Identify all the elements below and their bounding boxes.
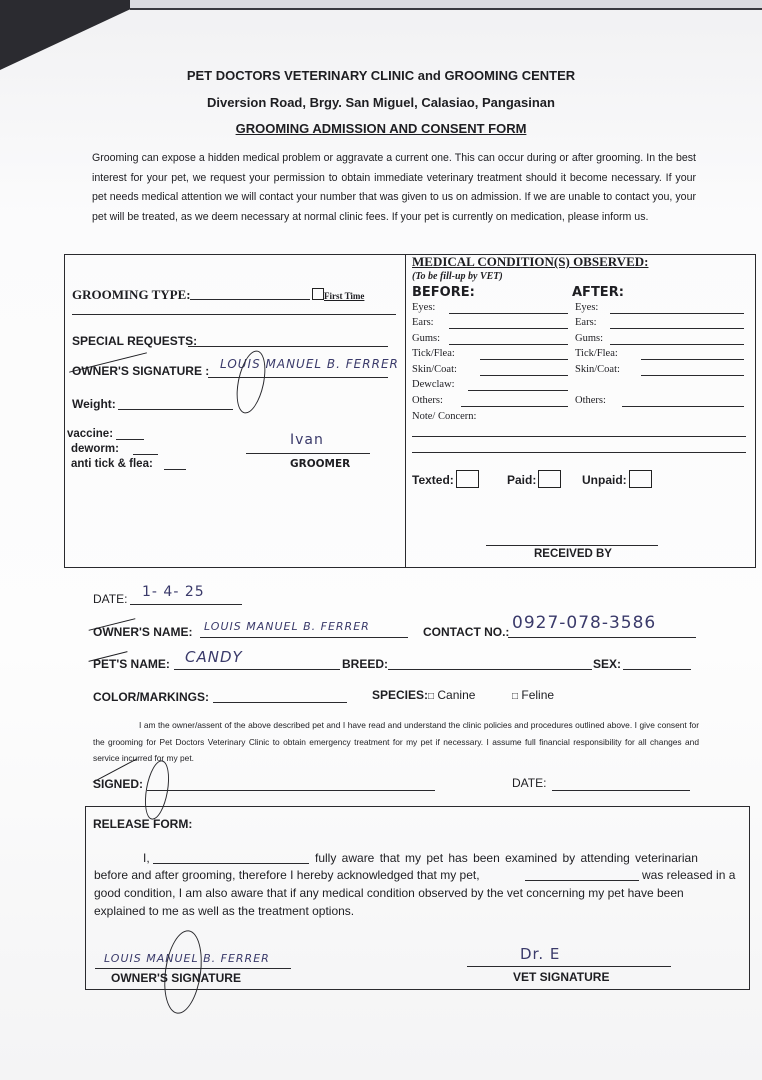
after-field-label: Gums: (575, 333, 603, 344)
first-time-label: First Time (324, 291, 364, 301)
sex-field[interactable] (623, 669, 691, 670)
deworm-label: deworm: (71, 443, 119, 455)
sex-label: SEX: (593, 657, 621, 671)
feline-label: Feline (521, 688, 554, 702)
note-line-2[interactable] (412, 452, 746, 453)
canine-label: Canine (437, 688, 475, 702)
release-line-2-end: was released in a (642, 868, 735, 882)
after-label: AFTER: (572, 285, 624, 300)
owner-name-label: OWNER'S NAME: (93, 625, 193, 639)
medical-title: MEDICAL CONDITION(S) OBSERVED: (412, 254, 648, 270)
received-by-line[interactable] (486, 545, 658, 546)
breed-field[interactable] (388, 669, 592, 670)
color-markings-label: COLOR/MARKINGS: (93, 690, 209, 704)
special-requests-field[interactable] (188, 346, 388, 347)
contact-label: CONTACT NO.: (423, 625, 509, 639)
special-requests-label: SPECIAL REQUESTS: (72, 334, 197, 348)
owner-signature-field[interactable] (208, 377, 388, 378)
release-name-field[interactable] (153, 863, 309, 864)
after-field-input[interactable] (610, 328, 744, 329)
deworm-field[interactable] (133, 454, 158, 455)
vaccine-field[interactable] (116, 439, 144, 440)
before-field-input[interactable] (480, 359, 568, 360)
texted-checkbox[interactable] (456, 470, 479, 488)
anti-tick-flea-field[interactable] (164, 469, 186, 470)
note-line-1[interactable] (412, 436, 746, 437)
consent-paragraph: I am the owner/assent of the above descr… (93, 717, 699, 767)
release-line-3: good condition, I am also aware that if … (94, 886, 684, 900)
form-title: GROOMING ADMISSION AND CONSENT FORM (0, 121, 762, 136)
after-field-label: Skin/Coat: (575, 364, 620, 375)
before-field-input[interactable] (461, 406, 568, 407)
signed-field[interactable] (147, 790, 435, 791)
vet-signature-label: VET SIGNATURE (513, 970, 609, 984)
vaccine-label: vaccine: (67, 428, 113, 440)
first-time-option[interactable]: First Time (312, 288, 364, 301)
received-by-label: RECEIVED BY (534, 548, 612, 560)
after-field-input[interactable] (610, 344, 744, 345)
grooming-type-label: GROOMING TYPE: (72, 287, 191, 303)
scan-corner-shadow (0, 0, 150, 70)
unpaid-label: Unpaid: (582, 473, 627, 487)
after-field-input[interactable] (641, 359, 744, 360)
after-field-input[interactable] (610, 313, 744, 314)
release-line-4: explained to me as well as the treatment… (94, 904, 354, 918)
clinic-name: PET DOCTORS VETERINARY CLINIC and GROOMI… (0, 68, 762, 83)
groomer-signature-line[interactable] (246, 453, 370, 454)
feline-checkbox[interactable]: □ (512, 691, 518, 702)
pet-name-field[interactable] (174, 669, 340, 670)
clinic-address: Diversion Road, Brgy. San Miguel, Calasi… (0, 95, 762, 110)
consent-date-label: DATE: (512, 776, 546, 790)
groomer-handwriting: Ivan (290, 432, 324, 448)
anti-tick-flea-label: anti tick & flea: (71, 458, 153, 470)
unpaid-checkbox[interactable] (629, 470, 652, 488)
texted-option[interactable]: Texted: (412, 470, 479, 488)
release-pet-field[interactable] (525, 880, 639, 881)
vet-signature-handwriting: Dr. E (520, 945, 560, 963)
before-field-input[interactable] (468, 390, 568, 391)
scanned-form-page: PET DOCTORS VETERINARY CLINIC and GROOMI… (0, 0, 762, 1080)
paid-checkbox[interactable] (538, 470, 561, 488)
before-field-input[interactable] (449, 313, 568, 314)
date-label: DATE: (93, 592, 127, 606)
canine-checkbox[interactable]: □ (428, 691, 434, 702)
species-label: SPECIES: (372, 688, 428, 702)
paid-option[interactable]: Paid: (507, 470, 561, 488)
before-field-label: Dewclaw: (412, 379, 455, 390)
species-canine-option[interactable]: □ Canine (428, 688, 475, 702)
grooming-type-field[interactable] (190, 299, 310, 300)
intro-paragraph: Grooming can expose a hidden medical pro… (92, 149, 696, 227)
consent-date-field[interactable] (552, 790, 690, 791)
date-field[interactable] (130, 604, 242, 605)
before-field-label: Skin/Coat: (412, 364, 457, 375)
note-concern-label: Note/ Concern: (412, 411, 476, 422)
before-field-label: Tick/Flea: (412, 348, 455, 359)
before-field-input[interactable] (449, 328, 568, 329)
after-field-label: Tick/Flea: (575, 348, 618, 359)
before-field-label: Ears: (412, 317, 434, 328)
owner-name-field[interactable] (200, 637, 408, 638)
release-line-2: before and after grooming, therefore I h… (94, 868, 480, 882)
before-label: BEFORE: (412, 285, 475, 300)
owner-name-handwriting: LOUIS MANUEL B. FERRER (204, 620, 370, 633)
grooming-type-extra-line[interactable] (72, 314, 396, 315)
after-field-input[interactable] (622, 406, 744, 407)
release-line-1: fully aware that my pet has been examine… (315, 851, 698, 865)
groomer-label: GROOMER (290, 458, 350, 470)
before-field-label: Eyes: (412, 302, 435, 313)
color-markings-field[interactable] (213, 702, 347, 703)
before-field-input[interactable] (480, 375, 568, 376)
after-field-input[interactable] (641, 375, 744, 376)
signed-label: SIGNED: (93, 777, 143, 791)
texted-label: Texted: (412, 473, 454, 487)
weight-label: Weight: (72, 397, 116, 411)
after-field-label: Others: (575, 395, 606, 406)
pet-name-label: PET'S NAME: (93, 657, 170, 671)
scan-top-edge (130, 0, 762, 10)
first-time-checkbox[interactable] (312, 288, 324, 300)
species-feline-option[interactable]: □ Feline (512, 688, 554, 702)
breed-label: BREED: (342, 657, 388, 671)
pet-name-handwriting: CANDY (185, 648, 243, 666)
weight-field[interactable] (118, 409, 233, 410)
after-field-label: Eyes: (575, 302, 598, 313)
before-field-label: Others: (412, 395, 443, 406)
before-field-input[interactable] (449, 344, 568, 345)
contact-handwriting: 0927-078-3586 (512, 613, 656, 633)
after-field-label: Ears: (575, 317, 597, 328)
unpaid-option[interactable]: Unpaid: (582, 470, 652, 488)
date-handwriting: 1- 4- 25 (142, 584, 205, 600)
before-field-label: Gums: (412, 333, 440, 344)
release-i: I, (143, 851, 150, 865)
release-title: RELEASE FORM: (93, 817, 192, 831)
paid-label: Paid: (507, 473, 536, 487)
owner-signature-release-label: OWNER'S SIGNATURE (111, 971, 241, 985)
contact-field[interactable] (508, 637, 696, 638)
box-divider (405, 255, 406, 567)
medical-subtitle: (To be fill-up by VET) (412, 271, 503, 282)
vet-signature-line[interactable] (467, 966, 671, 967)
